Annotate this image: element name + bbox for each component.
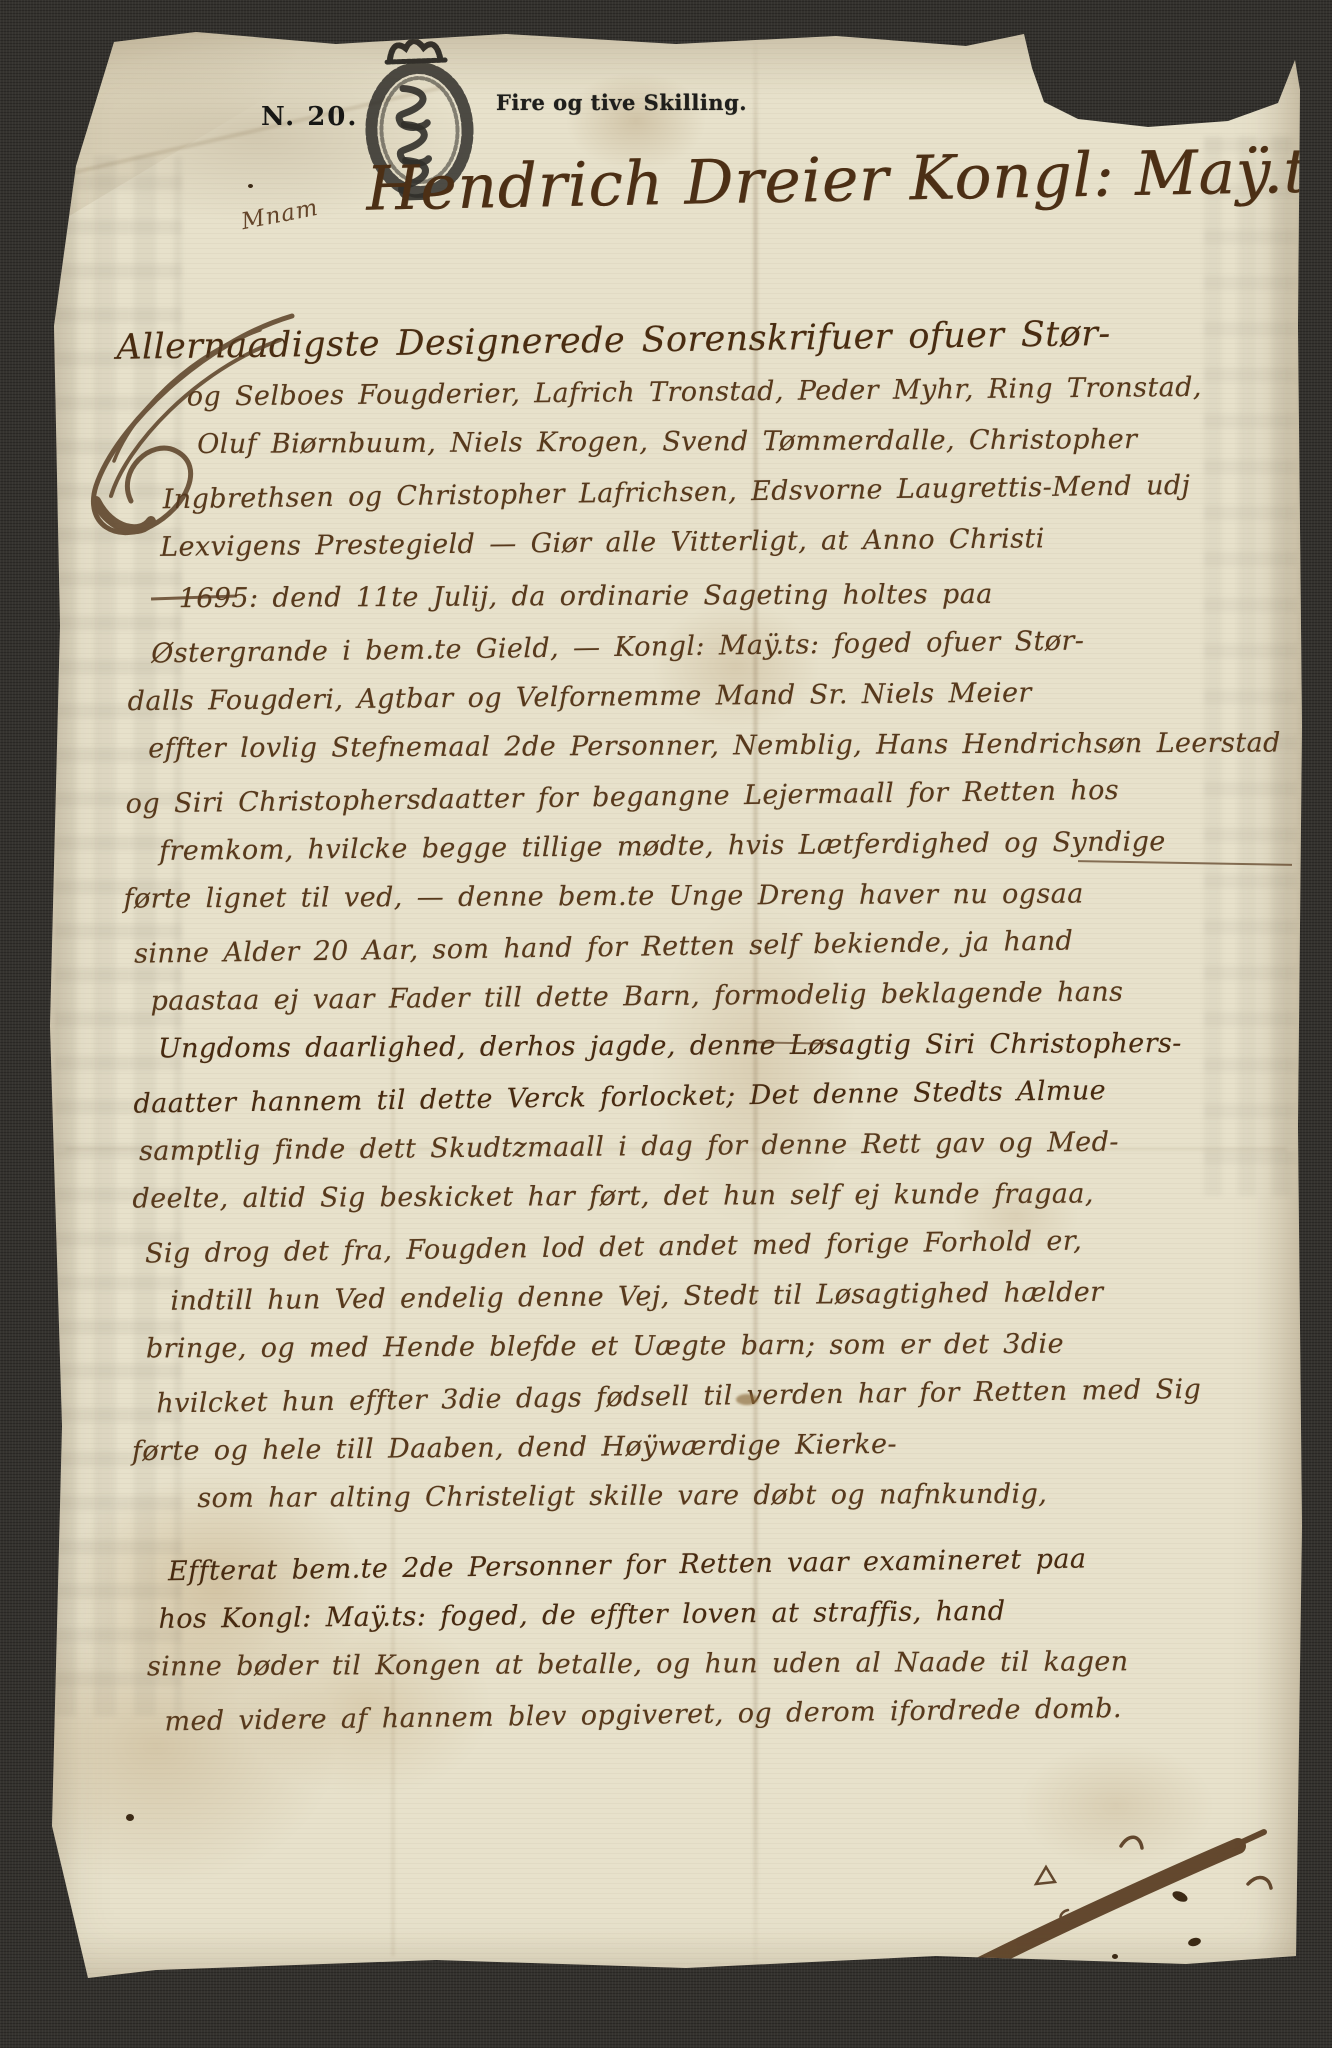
handwritten-line-20: indtill hun Ved endelig denne Vej, Stedt… <box>170 1266 1317 1327</box>
scan-background: N. 20. Fire og tive Skilling. Mnam Hendr… <box>0 0 1332 2048</box>
stamp-duty-text: Fire og tive Skilling. <box>496 90 747 115</box>
margin-annotation: Mnam <box>239 195 320 235</box>
document-heading: Hendrich Dreier Kongl: Maÿ.tts: <box>365 134 1332 225</box>
handwritten-line-17: samptlig finde dett Skudtzmaall i dag fo… <box>139 1116 1316 1177</box>
ink-flourish-bottom <box>916 1804 1308 1994</box>
ink-spot <box>126 1814 134 1821</box>
handwritten-line-8: dalls Fougderi, Agtbar og Velfornemme Ma… <box>127 666 1311 727</box>
manuscript-lines: Allernaadigste Designerede Sorenskrifuer… <box>36 306 1322 1746</box>
handwritten-line-5: Lexvigens Prestegield — Giør alle Vitter… <box>160 512 1310 573</box>
ink-spot <box>1187 1936 1202 1947</box>
stamp-number-label: N. 20. <box>261 102 358 132</box>
handwritten-line-24: som har alting Christeligt skille vare d… <box>197 1468 1319 1524</box>
handwritten-line-23: førte og hele till Daaben, dend Høÿwærdi… <box>132 1416 1319 1477</box>
handwritten-line-2: og Selboes Fougderier, Lafrich Tronstad,… <box>187 362 1309 423</box>
manuscript-page: N. 20. Fire og tive Skilling. Mnam Hendr… <box>36 26 1308 1994</box>
handwritten-line-14: paastaa ej vaar Fader till dette Barn, f… <box>150 966 1314 1027</box>
ink-spot <box>1171 1889 1189 1904</box>
ink-spot <box>248 184 253 188</box>
ink-spot <box>1112 1954 1118 1959</box>
handwritten-line-26: hos Kongl: Maÿ.ts: foged, de effter love… <box>158 1584 1320 1645</box>
handwritten-line-11: fremkom, hvilcke begge tillige mødte, hv… <box>159 816 1313 877</box>
